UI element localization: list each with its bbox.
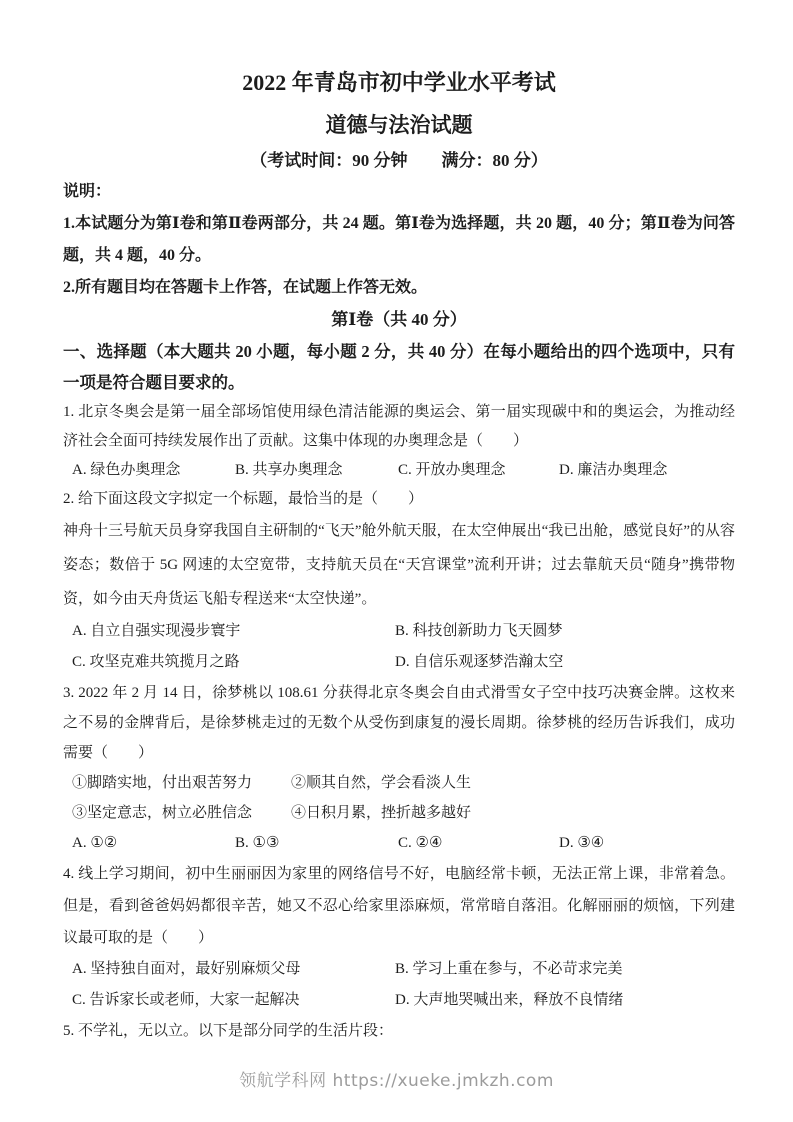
question-4-option-a: A. 坚持独自面对，最好别麻烦父母 bbox=[72, 954, 395, 985]
question-3-options: A. ①② B. ①③ C. ②④ D. ③④ bbox=[63, 828, 735, 858]
question-1-option-c: C. 开放办奥理念 bbox=[398, 456, 559, 485]
question-1-options: A. 绿色办奥理念 B. 共享办奥理念 C. 开放办奥理念 D. 廉洁办奥理念 bbox=[63, 456, 735, 485]
notes-label: 说明： bbox=[63, 176, 735, 208]
exam-content: 2022 年青岛市初中学业水平考试 道德与法治试题 （考试时间：90 分钟 满分… bbox=[63, 0, 735, 1046]
exam-title: 2022 年青岛市初中学业水平考试 bbox=[63, 70, 735, 96]
exam-paper-page: 2022 年青岛市初中学业水平考试 道德与法治试题 （考试时间：90 分钟 满分… bbox=[0, 0, 793, 1122]
question-3-statement-4: ④日积月累，挫折越多越好 bbox=[291, 798, 735, 828]
question-4-options: A. 坚持独自面对，最好别麻烦父母 B. 学习上重在参与，不必苛求完美 C. 告… bbox=[63, 954, 735, 1016]
question-1-option-b: B. 共享办奥理念 bbox=[235, 456, 398, 485]
question-3-statement-3: ③坚定意志，树立必胜信念 bbox=[72, 798, 291, 828]
question-3-option-d: D. ③④ bbox=[559, 828, 735, 858]
question-1-stem: 1. 北京冬奥会是第一届全部场馆使用绿色清洁能源的奥运会、第一届实现碳中和的奥运… bbox=[63, 398, 735, 456]
question-3-statement-1: ①脚踏实地，付出艰苦努力 bbox=[72, 768, 291, 798]
question-5-stem: 5. 不学礼，无以立。以下是部分同学的生活片段： bbox=[63, 1016, 735, 1046]
section-1-intro: 一、选择题（本大题共 20 小题，每小题 2 分，共 40 分）在每小题给出的四… bbox=[63, 336, 735, 398]
question-3-option-b: B. ①③ bbox=[235, 828, 398, 858]
watermark-text: 领航学科网 https://xueke.jmkzh.com bbox=[239, 1071, 554, 1091]
question-3-statement-2: ②顺其自然，学会看淡人生 bbox=[291, 768, 735, 798]
question-2-option-a: A. 自立自强实现漫步寰宇 bbox=[72, 616, 395, 647]
question-2-stem: 2. 给下面这段文字拟定一个标题，最恰当的是（ ） bbox=[63, 485, 735, 514]
question-4-option-c: C. 告诉家长或老师，大家一起解决 bbox=[72, 985, 395, 1016]
question-3-option-a: A. ①② bbox=[72, 828, 235, 858]
question-3-option-c: C. ②④ bbox=[398, 828, 559, 858]
question-1-option-a: A. 绿色办奥理念 bbox=[72, 456, 235, 485]
note-item-2: 2.所有题目均在答题卡上作答，在试题上作答无效。 bbox=[63, 272, 735, 304]
exam-subject-title: 道德与法治试题 bbox=[63, 112, 735, 138]
exam-time-score-meta: （考试时间：90 分钟 满分：80 分） bbox=[63, 150, 735, 172]
watermark: 领航学科网 https://xueke.jmkzh.com bbox=[0, 1066, 793, 1091]
question-4-stem: 4. 线上学习期间，初中生丽丽因为家里的网络信号不好，电脑经常卡顿，无法正常上课… bbox=[63, 858, 735, 954]
question-2-option-c: C. 攻坚克难共筑揽月之路 bbox=[72, 647, 395, 678]
question-4-option-b: B. 学习上重在参与，不必苛求完美 bbox=[395, 954, 735, 985]
question-3-statements: ①脚踏实地，付出艰苦努力 ②顺其自然，学会看淡人生 ③坚定意志，树立必胜信念 ④… bbox=[63, 768, 735, 828]
question-2-option-d: D. 自信乐观逐梦浩瀚太空 bbox=[395, 647, 735, 678]
question-2-option-b: B. 科技创新助力飞天圆梦 bbox=[395, 616, 735, 647]
question-4-option-d: D. 大声地哭喊出来，释放不良情绪 bbox=[395, 985, 735, 1016]
question-3-stem: 3. 2022 年 2 月 14 日，徐梦桃以 108.61 分获得北京冬奥会自… bbox=[63, 678, 735, 768]
question-2-passage: 神舟十三号航天员身穿我国自主研制的“飞天”舱外航天服，在太空伸展出“我已出舱，感… bbox=[63, 514, 735, 616]
question-2-options: A. 自立自强实现漫步寰宇 B. 科技创新助力飞天圆梦 C. 攻坚克难共筑揽月之… bbox=[63, 616, 735, 678]
note-item-1: 1.本试题分为第Ⅰ卷和第Ⅱ卷两部分，共 24 题。第Ⅰ卷为选择题，共 20 题，… bbox=[63, 208, 735, 272]
section-1-header: 第Ⅰ卷（共 40 分） bbox=[63, 304, 735, 336]
question-1-option-d: D. 廉洁办奥理念 bbox=[559, 456, 735, 485]
